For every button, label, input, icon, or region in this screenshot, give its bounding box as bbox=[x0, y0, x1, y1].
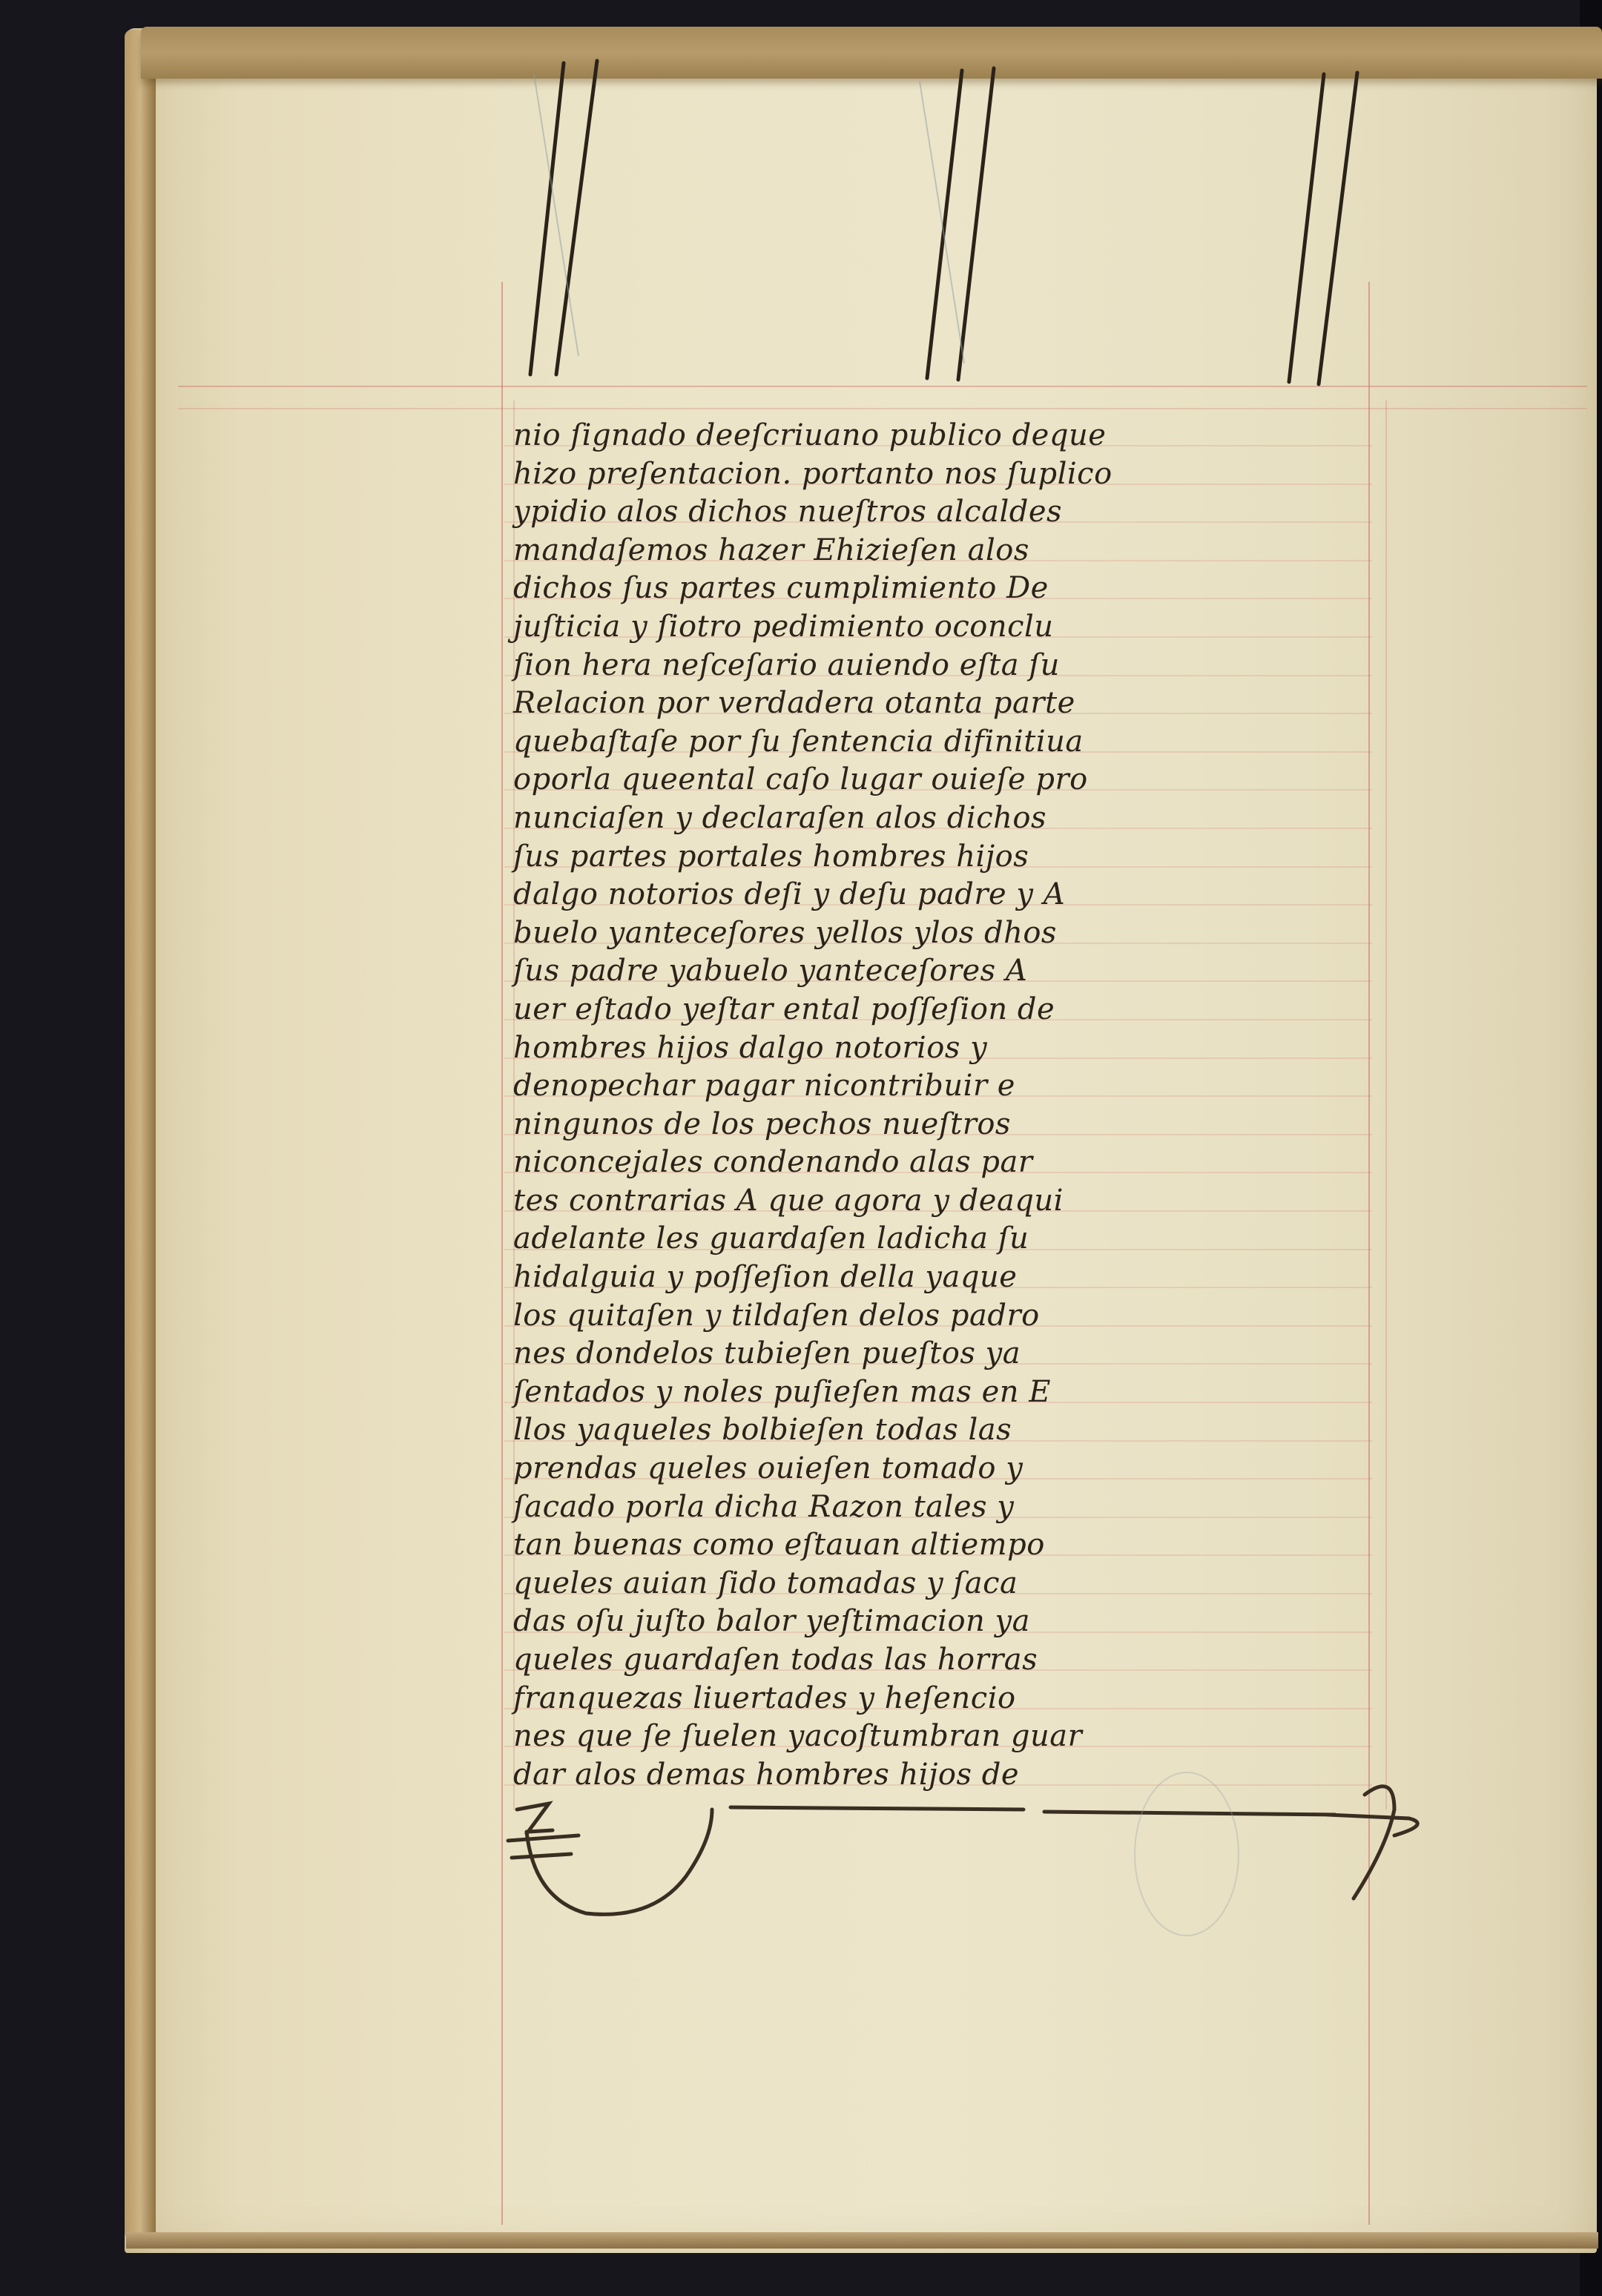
manuscript-line: tan buenas como eſtauan altiempo bbox=[513, 1526, 1403, 1565]
manuscript-line: nes dondelos tubieſen pueſtos ya bbox=[513, 1335, 1403, 1373]
manuscript-line: juſticia y ſiotro pedimiento oconclu bbox=[513, 608, 1403, 647]
manuscript-line: mandaſemos hazer Ehizieſen alos bbox=[513, 532, 1403, 570]
ruling-line-top bbox=[178, 386, 1587, 387]
manuscript-line: adelante les guardaſen ladicha ſu bbox=[513, 1220, 1403, 1258]
manuscript-line: queles guardaſen todas las horras bbox=[513, 1641, 1403, 1680]
manuscript-line: los quitaſen y tildaſen delos padro bbox=[513, 1297, 1403, 1336]
manuscript-line: ypidio alos dichos nueſtros alcaldes bbox=[513, 493, 1403, 532]
manuscript-line: quebaſtaſe por ſu ſentencia difinitiua bbox=[513, 723, 1403, 762]
manuscript-line: Relacion por verdadera otanta parte bbox=[513, 684, 1403, 723]
manuscript-line: denopechar pagar nicontribuir e bbox=[513, 1067, 1403, 1106]
manuscript-line: uer eſtado yeſtar ental poſſeſion de bbox=[513, 991, 1403, 1029]
manuscript-line: ſacado porla dicha Razon tales y bbox=[513, 1488, 1403, 1527]
ruling-line-top-2 bbox=[178, 408, 1587, 409]
manuscript-line: hombres hijos dalgo notorios y bbox=[513, 1029, 1403, 1068]
manuscript-line: ſion hera neſceſario auiendo eſta ſu bbox=[513, 647, 1403, 685]
manuscript-line: ſentados y noles puſieſen mas en E bbox=[513, 1373, 1403, 1412]
manuscript-line: queles auian ſido tomadas y ſaca bbox=[513, 1565, 1403, 1603]
manuscript-line: franquezas liuertades y heſencio bbox=[513, 1680, 1403, 1718]
manuscript-text: nio ſignado deeſcriuano publico dequehiz… bbox=[513, 417, 1403, 1794]
manuscript-line: hizo preſentacion. portanto nos ſuplico bbox=[513, 455, 1403, 494]
manuscript-line: ſus padre yabuelo yanteceſores A bbox=[513, 952, 1403, 991]
manuscript-line: oporla queental caſo lugar ouieſe pro bbox=[513, 761, 1403, 799]
manuscript-line: das oſu juſto balor yeſtimacion ya bbox=[513, 1603, 1403, 1641]
manuscript-line: dar alos demas hombres hijos de bbox=[513, 1756, 1403, 1795]
manuscript-line: hidalguia y poſſeſion della yaque bbox=[513, 1258, 1403, 1297]
margin-rule-left bbox=[501, 282, 503, 2225]
manuscript-line: dichos ſus partes cumplimiento De bbox=[513, 570, 1403, 608]
manuscript-line: nio ſignado deeſcriuano publico deque bbox=[513, 417, 1403, 455]
manuscript-line: nunciaſen y declaraſen alos dichos bbox=[513, 799, 1403, 838]
page-binding-edge bbox=[125, 30, 156, 2240]
manuscript-line: dalgo notorios deſi y deſu padre y A bbox=[513, 876, 1403, 914]
manuscript-line: nes que ſe ſuelen yacoſtumbran guar bbox=[513, 1718, 1403, 1756]
manuscript-line: ſus partes portales hombres hijos bbox=[513, 838, 1403, 877]
page-bottom-edge bbox=[126, 2232, 1598, 2249]
manuscript-line: tes contrarias A que agora y deaqui bbox=[513, 1182, 1403, 1221]
manuscript-line: prendas queles ouieſen tomado y bbox=[513, 1450, 1403, 1488]
manuscript-line: llos yaqueles bolbieſen todas las bbox=[513, 1411, 1403, 1450]
manuscript-line: niconcejales condenando alas par bbox=[513, 1144, 1403, 1182]
page-top-edge bbox=[141, 27, 1602, 79]
manuscript-line: ningunos de los pechos nueſtros bbox=[513, 1106, 1403, 1144]
manuscript-line: buelo yanteceſores yellos ylos dhos bbox=[513, 914, 1403, 953]
